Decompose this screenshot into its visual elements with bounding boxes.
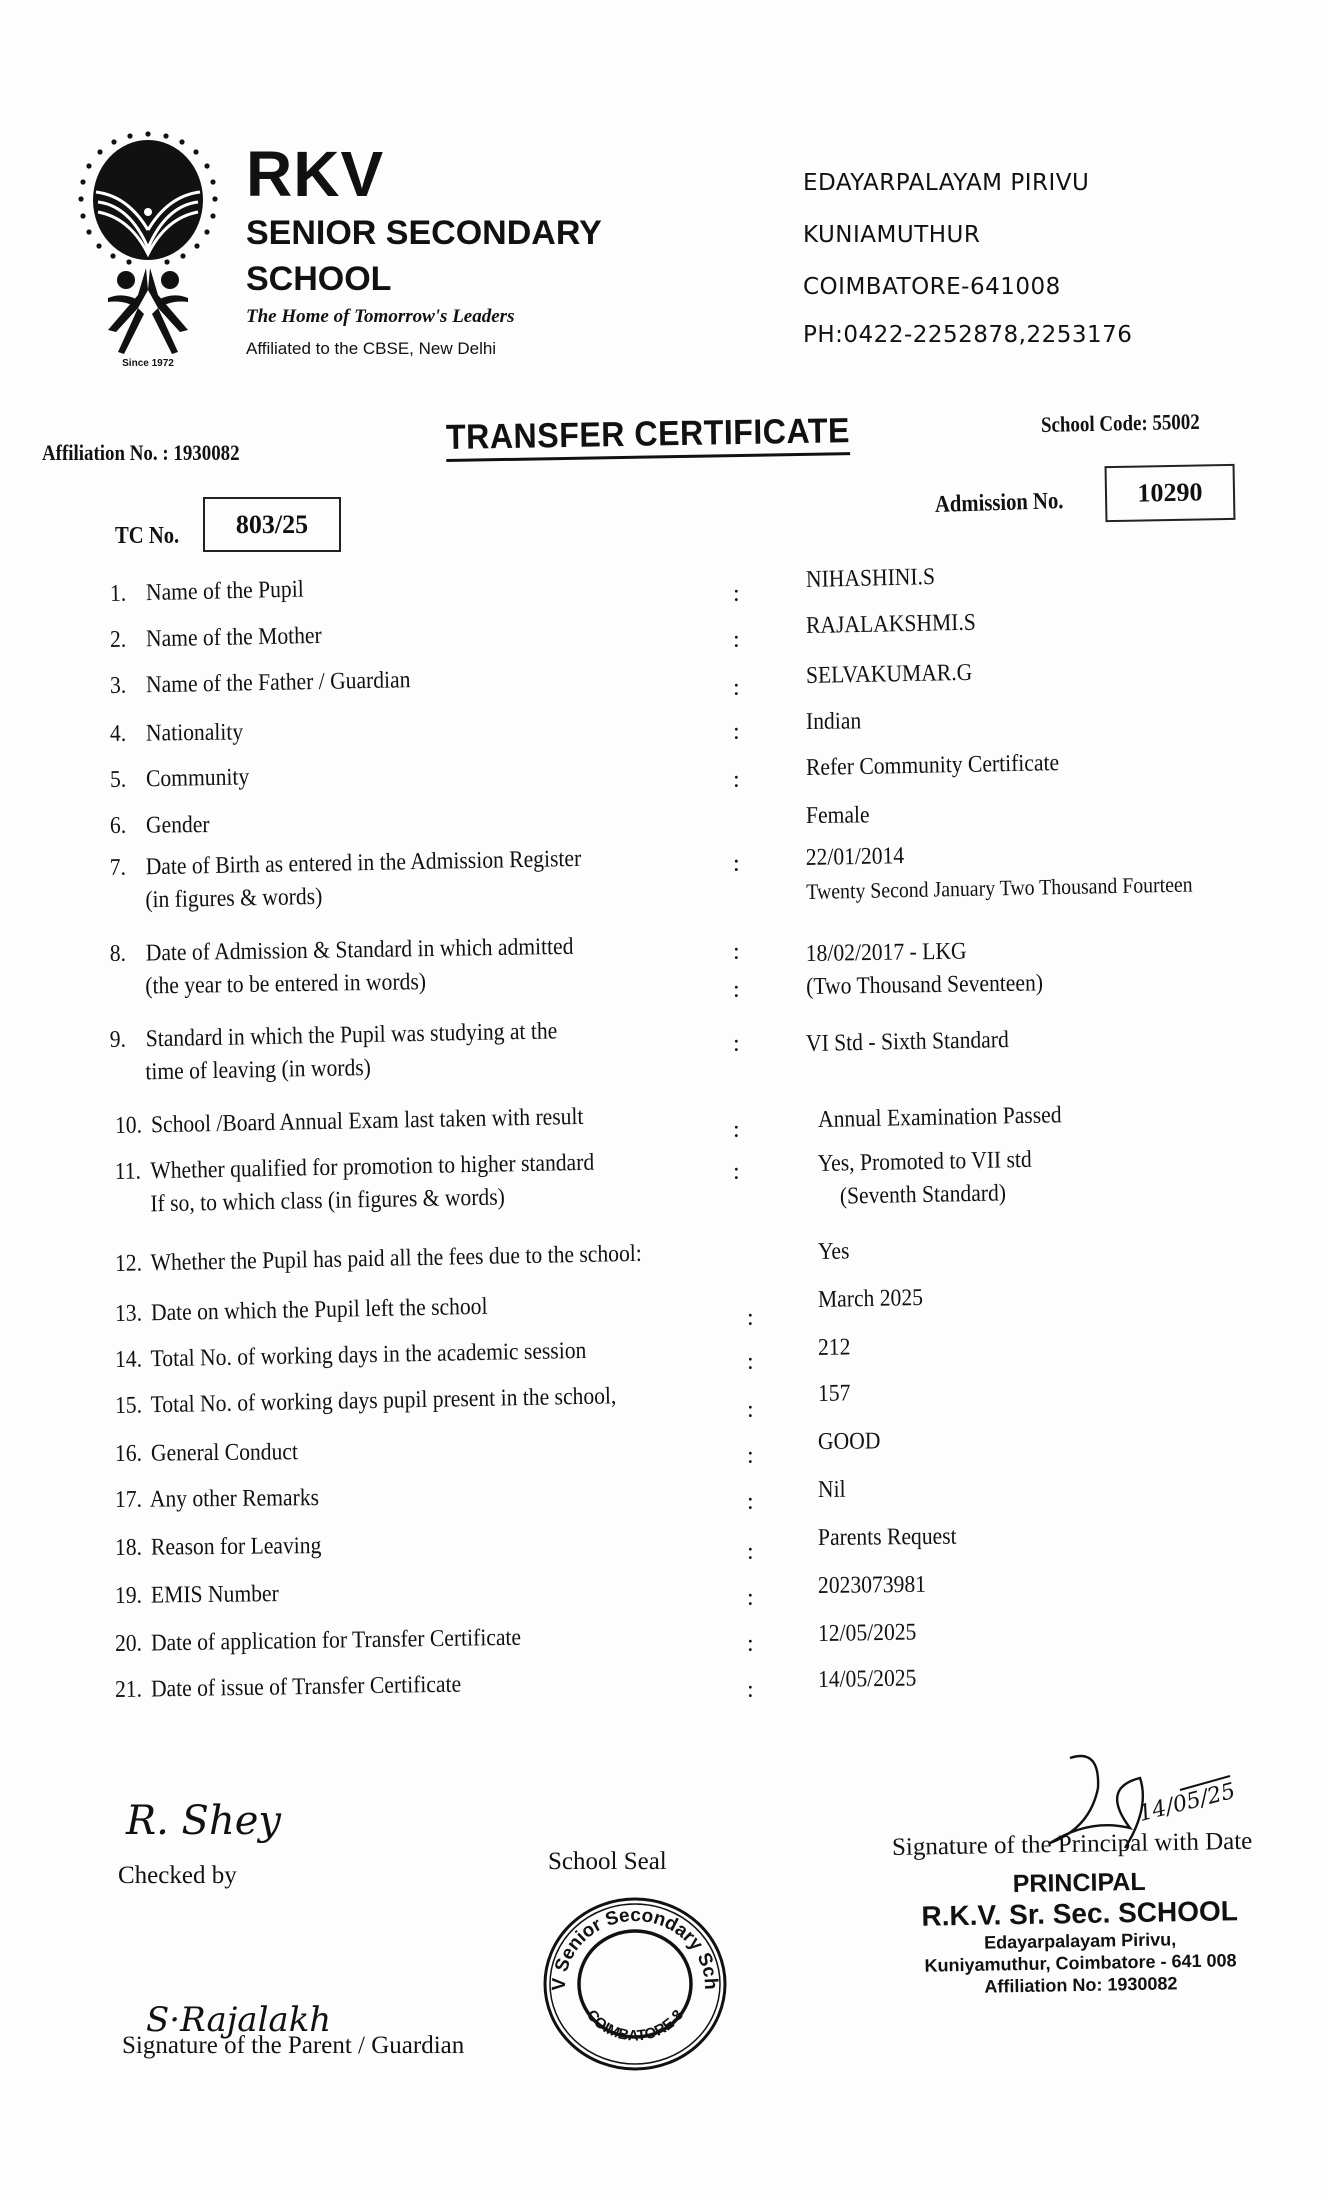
field-label: 13. Date on which the Pupil left the sch… xyxy=(115,1291,488,1331)
field-number: 6. xyxy=(110,810,141,843)
field-label: 20. Date of application for Transfer Cer… xyxy=(115,1622,521,1661)
field-label: 10. School /Board Annual Exam last taken… xyxy=(115,1101,584,1143)
field-number: 8. xyxy=(110,938,141,971)
field-label-text: Date of Birth as entered in the Admissio… xyxy=(146,846,582,880)
field-label: 1. Name of the Pupil xyxy=(110,573,304,611)
field-colon: : xyxy=(733,768,740,792)
field-value-text: Refer Community Certificate xyxy=(806,747,1060,785)
field-label-text: Community xyxy=(146,764,250,792)
field-label: 17. Any other Remarks xyxy=(115,1482,319,1517)
field-label: 2. Name of the Mother xyxy=(110,620,322,657)
address-line-2: KUNIAMUTHUR xyxy=(803,224,980,247)
field-number: 3. xyxy=(110,669,141,703)
field-value-text: Nil xyxy=(818,1474,846,1507)
field-number: 1. xyxy=(110,577,141,611)
field-value-text: 2023073981 xyxy=(818,1569,926,1603)
school-logo-icon: Since 1972 xyxy=(68,130,228,370)
field-number: 11. xyxy=(114,1155,145,1189)
svg-text:COIMBATORE-8: COIMBATORE-8 xyxy=(583,2007,687,2045)
field-value-text: NIHASHINI.S xyxy=(806,561,936,597)
field-number: 20. xyxy=(115,1628,146,1661)
field-value-text: 18/02/2017 - LKG xyxy=(806,934,1043,971)
principal-stamp: PRINCIPAL R.K.V. Sr. Sec. SCHOOL Edayarp… xyxy=(879,1865,1281,2000)
field-value: 212 xyxy=(818,1331,851,1365)
address-line-3: COIMBATORE-641008 xyxy=(803,276,1061,299)
field-number: 4. xyxy=(110,718,141,751)
field-label: 12. Whether the Pupil has paid all the f… xyxy=(115,1238,642,1281)
field-label: 4. Nationality xyxy=(110,716,243,751)
address-line-1: EDAYARPALAYAM PIRIVU xyxy=(803,172,1089,195)
field-value: 2023073981 xyxy=(818,1569,926,1603)
field-label: 6. Gender xyxy=(110,809,210,843)
parent-signature-label: Signature of the Parent / Guardian xyxy=(122,2032,464,2060)
field-number: 17. xyxy=(115,1484,146,1517)
field-label-continuation: (in figures & words) xyxy=(110,876,582,918)
certificate-title: TRANSFER CERTIFICATE xyxy=(446,411,851,462)
field-label-text: Total No. of working days in the academi… xyxy=(150,1338,586,1372)
field-number: 14. xyxy=(115,1343,146,1377)
tc-number-value: 803/25 xyxy=(236,510,308,540)
field-label: 16. General Conduct xyxy=(115,1436,298,1471)
field-value: 157 xyxy=(818,1377,851,1411)
field-value: GOOD xyxy=(818,1425,881,1459)
field-colon: : xyxy=(747,1350,754,1374)
field-colon: : xyxy=(733,1118,740,1142)
admission-number-value: 10290 xyxy=(1137,477,1203,508)
field-value: Indian xyxy=(806,705,861,739)
tc-number-box: 803/25 xyxy=(203,497,341,552)
field-value-text: March 2025 xyxy=(818,1282,923,1317)
svg-text:RKV Senior Secondary School: RKV Senior Secondary School xyxy=(541,1895,721,1991)
field-value-text: RAJALAKSHMI.S xyxy=(806,607,976,643)
field-value-text: VI Std - Sixth Standard xyxy=(806,1024,1009,1061)
school-name-rkv: RKV xyxy=(246,142,384,206)
field-number: 18. xyxy=(115,1532,146,1565)
school-affiliation-text: Affiliated to the CBSE, New Delhi xyxy=(246,340,496,357)
field-value: Yes, Promoted to VII std(Seventh Standar… xyxy=(817,1144,1032,1214)
field-colon: : xyxy=(747,1540,754,1564)
field-label: 18. Reason for Leaving xyxy=(115,1530,322,1565)
field-label-text: Whether qualified for promotion to highe… xyxy=(150,1150,594,1185)
field-label: 3. Name of the Father / Guardian xyxy=(110,664,411,703)
field-value: Refer Community Certificate xyxy=(806,747,1060,785)
field-label-text: Any other Remarks xyxy=(150,1485,319,1513)
field-value: VI Std - Sixth Standard xyxy=(806,1024,1009,1061)
field-value-continuation: (Two Thousand Seventeen) xyxy=(806,967,1043,1004)
school-name-senior-secondary: SENIOR SECONDARY xyxy=(246,216,602,250)
field-label-text: Date of Admission & Standard in which ad… xyxy=(146,934,574,967)
field-colon: : xyxy=(733,1160,740,1184)
field-number: 19. xyxy=(115,1580,146,1613)
field-label: 15. Total No. of working days pupil pres… xyxy=(115,1380,617,1423)
field-number: 5. xyxy=(110,763,141,797)
field-colon: : xyxy=(747,1632,754,1656)
field-label: 7. Date of Birth as entered in the Admis… xyxy=(109,843,581,918)
field-value: SELVAKUMAR.G xyxy=(806,657,973,693)
field-label-text: EMIS Number xyxy=(151,1581,279,1608)
field-colon: : xyxy=(733,852,740,876)
field-label: 11. Whether qualified for promotion to h… xyxy=(114,1147,594,1222)
field-value-text: GOOD xyxy=(818,1425,881,1459)
field-value-text: 212 xyxy=(818,1331,851,1365)
field-colon: : xyxy=(747,1490,754,1514)
field-number: 15. xyxy=(115,1389,146,1423)
field-colon: : xyxy=(733,978,740,1002)
field-label-text: Name of the Mother xyxy=(146,623,322,652)
admission-number-label: Admission No. xyxy=(935,488,1064,519)
field-label-text: Date on which the Pupil left the school xyxy=(151,1294,488,1327)
field-label-text: Standard in which the Pupil was studying… xyxy=(146,1018,558,1052)
field-label-continuation: (the year to be entered in words) xyxy=(110,964,574,1004)
field-number: 2. xyxy=(110,623,141,657)
field-label: 5. Community xyxy=(110,761,250,797)
field-value: Annual Examination Passed xyxy=(818,1099,1062,1137)
admission-number-box: 10290 xyxy=(1105,464,1236,522)
school-name-school: SCHOOL xyxy=(246,262,391,296)
field-number: 9. xyxy=(109,1023,140,1057)
field-value-text: Parents Request xyxy=(818,1521,957,1555)
checked-by-label: Checked by xyxy=(118,1862,237,1890)
field-colon: : xyxy=(733,720,740,744)
school-tagline: The Home of Tomorrow's Leaders xyxy=(246,307,514,326)
field-value-text: 14/05/2025 xyxy=(818,1662,917,1697)
field-colon: : xyxy=(747,1678,754,1702)
field-colon: : xyxy=(733,1032,740,1056)
school-seal-label: School Seal xyxy=(548,1848,667,1876)
field-value-text: Indian xyxy=(806,705,861,739)
affiliation-number: Affiliation No. : 1930082 xyxy=(42,440,240,466)
field-number: 12. xyxy=(115,1247,146,1281)
field-label-text: Date of application for Transfer Certifi… xyxy=(151,1625,521,1657)
field-value: Parents Request xyxy=(818,1521,957,1555)
field-value: Yes xyxy=(818,1235,850,1269)
field-label-text: Date of issue of Transfer Certificate xyxy=(151,1672,461,1703)
field-value-text: Yes, Promoted to VII std xyxy=(817,1144,1032,1181)
field-label: 8. Date of Admission & Standard in which… xyxy=(110,931,575,1004)
field-label-text: General Conduct xyxy=(151,1439,298,1466)
field-colon: : xyxy=(733,582,740,606)
field-value: Nil xyxy=(818,1474,846,1507)
checked-by-signature: R. Shey xyxy=(126,1798,281,1844)
address-phone: PH:0422-2252878,2253176 xyxy=(803,324,1132,347)
field-value-continuation: (Seventh Standard) xyxy=(818,1177,1033,1214)
field-value-text: Annual Examination Passed xyxy=(818,1099,1062,1137)
transfer-certificate-page: Since 1972 RKV SENIOR SECONDARY SCHOOL T… xyxy=(0,0,1329,2200)
field-label-text: Nationality xyxy=(146,719,243,746)
field-label-text: Name of the Pupil xyxy=(146,576,304,606)
field-colon: : xyxy=(747,1306,754,1330)
field-label-text: Total No. of working days pupil present … xyxy=(150,1383,616,1418)
field-value-continuation: Twenty Second January Two Thousand Fourt… xyxy=(806,868,1193,908)
field-label-text: Name of the Father / Guardian xyxy=(146,667,411,698)
field-label-continuation: If so, to which class (in figures & word… xyxy=(115,1180,595,1222)
tc-number-label: TC No. xyxy=(115,523,179,550)
field-label: 14. Total No. of working days in the aca… xyxy=(115,1335,587,1377)
school-code: School Code: 55002 xyxy=(1041,409,1200,438)
field-colon: : xyxy=(733,628,740,652)
field-colon: : xyxy=(733,940,740,964)
field-value: 12/05/2025 xyxy=(818,1616,917,1651)
field-number: 13. xyxy=(115,1297,146,1331)
field-label: 21. Date of issue of Transfer Certificat… xyxy=(115,1669,462,1707)
field-number: 7. xyxy=(109,851,140,885)
field-colon: : xyxy=(747,1586,754,1610)
field-colon: : xyxy=(747,1398,754,1422)
field-colon: : xyxy=(747,1444,754,1468)
field-number: 10. xyxy=(115,1109,146,1143)
field-value-text: 12/05/2025 xyxy=(818,1616,917,1651)
field-value: Female xyxy=(806,799,870,833)
field-value: NIHASHINI.S xyxy=(806,561,936,597)
svg-text:Since 1972: Since 1972 xyxy=(122,358,174,369)
school-seal-stamp-icon: RKV Senior Secondary School COIMBATORE-8 xyxy=(541,1895,729,2073)
field-value: RAJALAKSHMI.S xyxy=(806,607,976,643)
field-label-text: Reason for Leaving xyxy=(151,1533,322,1561)
field-label: 19. EMIS Number xyxy=(115,1578,279,1613)
field-number: 16. xyxy=(115,1438,146,1471)
field-number: 21. xyxy=(115,1674,146,1707)
field-value: 14/05/2025 xyxy=(818,1662,917,1697)
field-value-text: SELVAKUMAR.G xyxy=(806,657,973,693)
field-label-continuation: time of leaving (in words) xyxy=(110,1048,558,1090)
field-value: 22/01/2014Twenty Second January Two Thou… xyxy=(805,835,1192,908)
field-label: 9. Standard in which the Pupil was study… xyxy=(109,1015,558,1090)
field-value-text: Female xyxy=(806,799,870,833)
svg-text:14/05/25: 14/05/25 xyxy=(1136,1779,1238,1827)
field-label-text: Whether the Pupil has paid all the fees … xyxy=(150,1241,642,1277)
field-value-text: Yes xyxy=(818,1235,850,1269)
field-label-text: School /Board Annual Exam last taken wit… xyxy=(151,1104,584,1138)
field-colon: : xyxy=(733,676,740,700)
field-value-text: 157 xyxy=(818,1377,851,1411)
field-label-text: Gender xyxy=(146,812,210,839)
field-value: March 2025 xyxy=(818,1282,923,1317)
field-value: 18/02/2017 - LKG(Two Thousand Seventeen) xyxy=(806,934,1044,1004)
